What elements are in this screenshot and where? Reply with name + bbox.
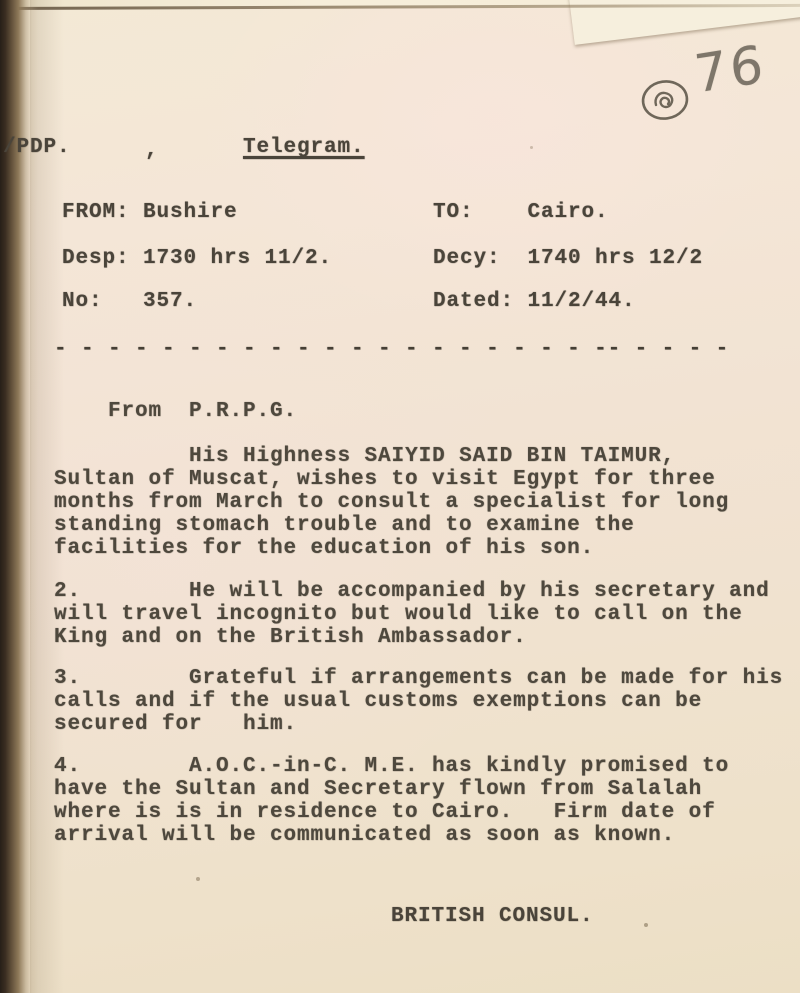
header-from: FROM: Bushire [62,201,238,224]
header-deciphered: Decy: 1740 hrs 12/2 [433,247,703,270]
header-row-no-dated: No: 357. Dated: 11/2/44. [0,290,800,382]
header-despatched: Desp: 1730 hrs 11/2. [62,247,332,270]
corner-page-number: 76 [692,38,768,101]
paragraph-3: 3. Grateful if arrangements can be made … [54,667,783,736]
from-originator-line: From P.R.P.G. [54,400,297,423]
paper-speckle [530,146,533,149]
paragraph-4: 4. A.O.C.-in-C. M.E. has kindly promised… [54,755,729,847]
paragraph-1: His Highness SAIYID SAID BIN TAIMUR, Sul… [54,445,729,560]
paper-speckle [196,877,200,881]
header-to: TO: Cairo. [433,201,609,224]
paper-speckle [644,923,648,927]
reference-code: /PDP. [3,136,71,159]
dashed-separator: - - - - - - - - - - - - - - - - - - - - … [54,338,729,361]
paragraph-2: 2. He will be accompanied by his secreta… [54,580,770,649]
stray-comma-mark: , [145,139,159,162]
header-dated: Dated: 11/2/44. [433,290,636,313]
document-title: Telegram. [243,136,365,159]
telegram-document-page: 76 /PDP. , Telegram. FROM: Bushire TO: C… [0,0,800,993]
header-number: No: 357. [62,290,197,313]
circled-scribble-stamp-icon [637,75,693,125]
signature-line: BRITISH CONSUL. [391,905,594,928]
